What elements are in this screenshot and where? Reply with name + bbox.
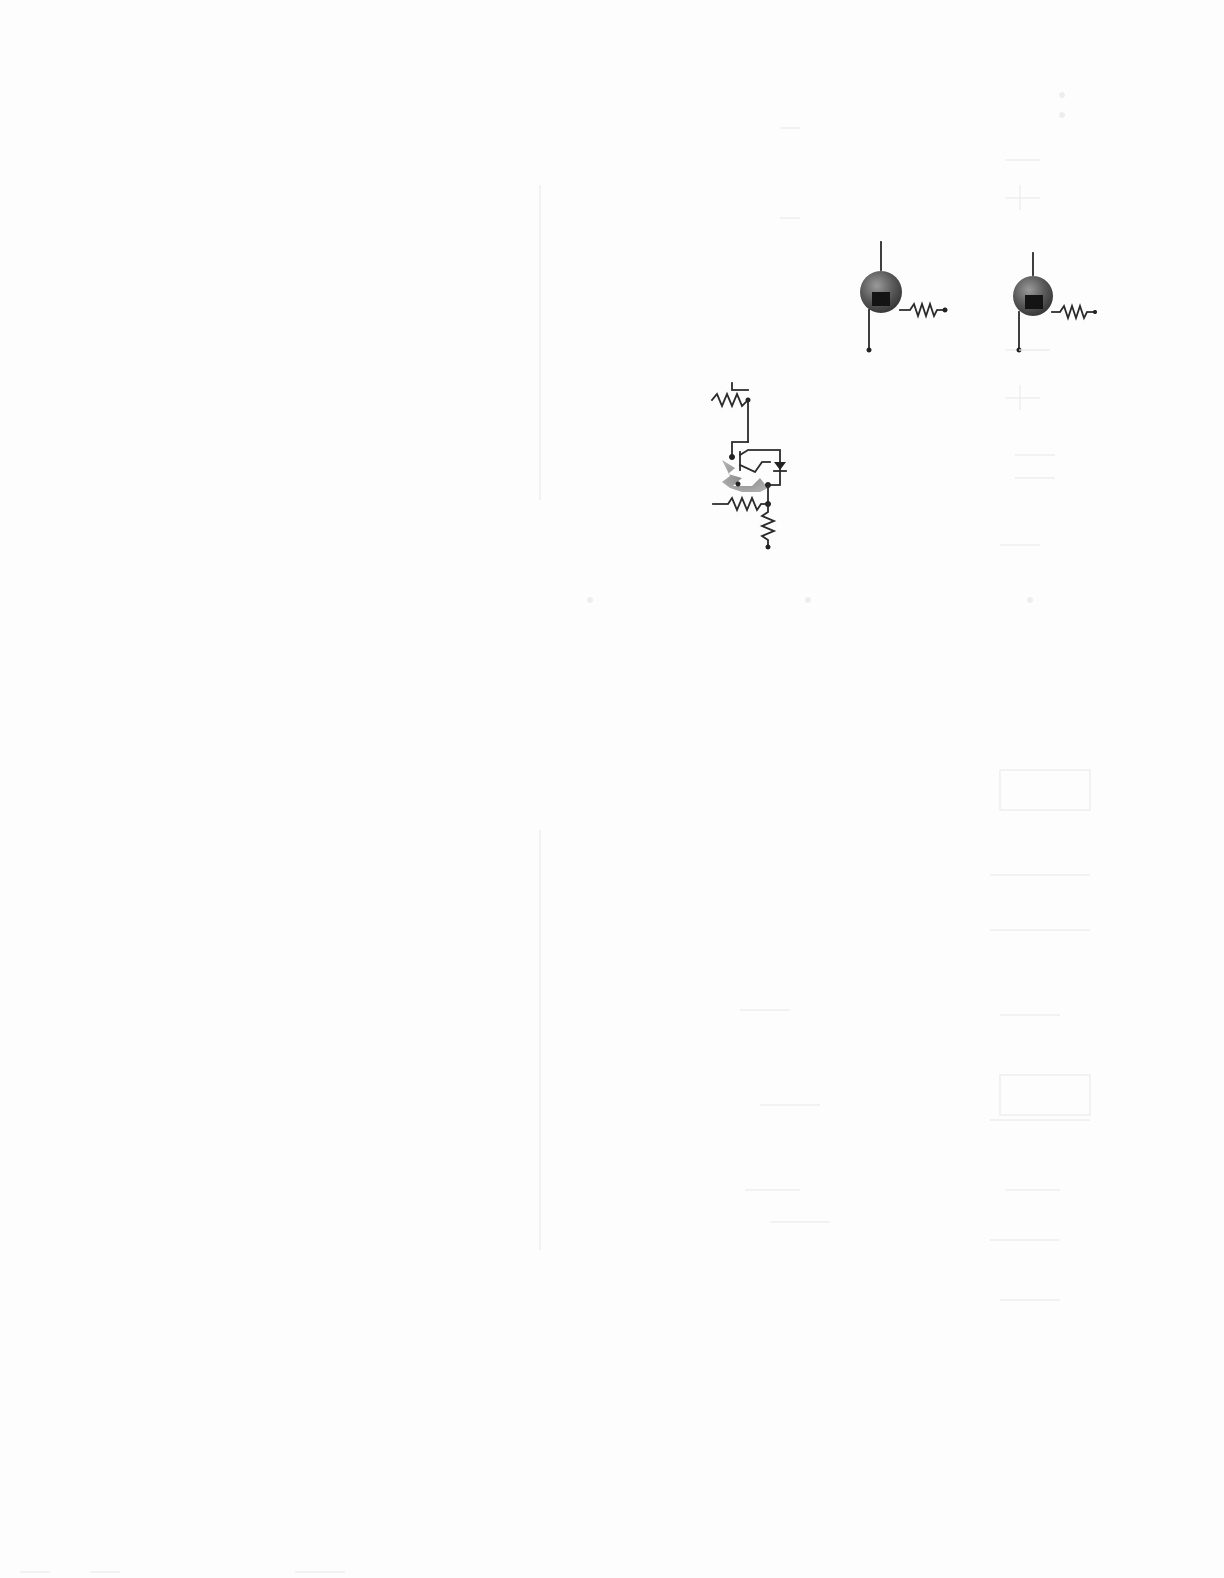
resistor-bottom bbox=[762, 504, 774, 547]
top-lead bbox=[732, 383, 748, 390]
resistor-top bbox=[712, 394, 748, 406]
tube-device-2 bbox=[1013, 253, 1097, 353]
tube-core bbox=[872, 292, 890, 306]
faded-marks bbox=[20, 92, 1090, 1572]
diode-icon bbox=[774, 462, 786, 470]
tube-core bbox=[1025, 295, 1043, 309]
tube-2-resistor bbox=[1052, 306, 1095, 318]
tube-device-1 bbox=[860, 242, 948, 353]
schematic-canvas bbox=[0, 0, 1224, 1578]
schematic-page bbox=[0, 0, 1224, 1578]
transistor-stage-circuit bbox=[712, 383, 786, 550]
resistor-left bbox=[713, 498, 768, 510]
tube-1-resistor bbox=[900, 304, 945, 316]
